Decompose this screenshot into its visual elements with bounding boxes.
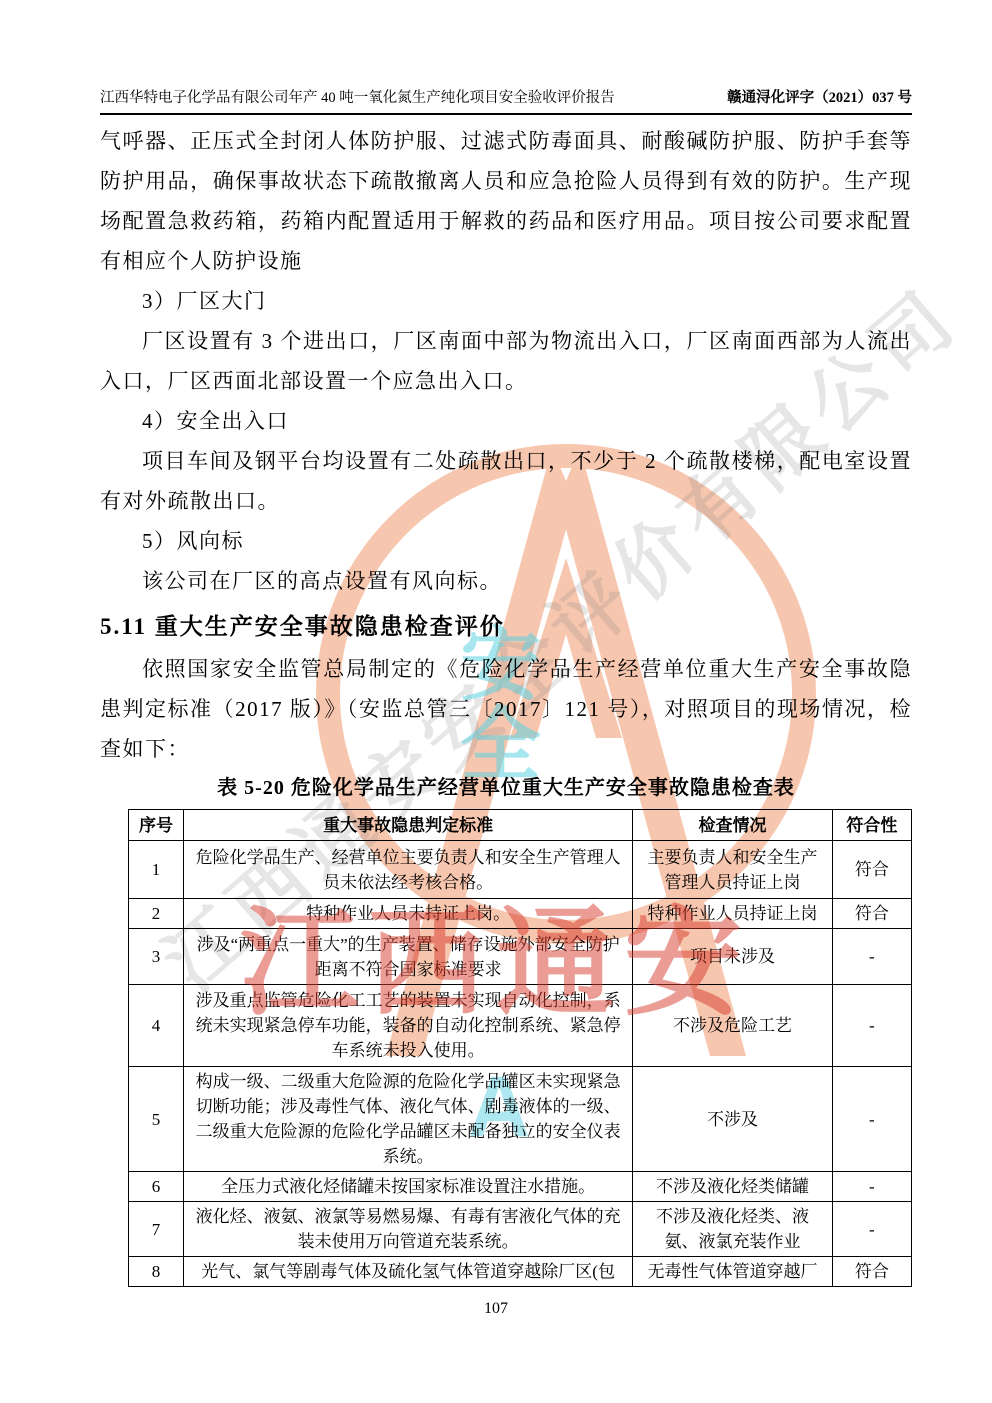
paragraph-continuation: 气呼器、正压式全封闭人体防护服、过滤式防毒面具、耐酸碱防护服、防护手套等防护用品… [100, 121, 912, 281]
cell-seq: 8 [129, 1257, 184, 1287]
cell-compliance: - [832, 1202, 911, 1257]
col-header-check: 检查情况 [633, 810, 832, 841]
list-item-3: 3）厂区大门 [100, 281, 912, 321]
cell-check: 不涉及危险工艺 [633, 985, 832, 1067]
cell-check: 项目未涉及 [633, 929, 832, 985]
cell-check: 不涉及液化烃类储罐 [633, 1172, 832, 1202]
paragraph-safety-exits: 项目车间及钢平台均设置有二处疏散出口，不少于 2 个疏散楼梯，配电室设置有对外疏… [100, 441, 912, 521]
cell-check: 不涉及液化烃类、液氨、液氯充装作业 [633, 1202, 832, 1257]
table-row: 1 危险化学品生产、经营单位主要负责人和安全生产管理人员未依法经考核合格。 主要… [129, 841, 912, 899]
cell-seq: 2 [129, 899, 184, 929]
table-row: 5 构成一级、二级重大危险源的危险化学品罐区未实现紧急切断功能；涉及毒性气体、液… [129, 1067, 912, 1172]
cell-compliance: - [832, 929, 911, 985]
cell-check: 特种作业人员持证上岗 [633, 899, 832, 929]
list-item-5: 5）风向标 [100, 521, 912, 561]
table-row: 7 液化烃、液氨、液氯等易燃易爆、有毒有害液化气体的充装未使用万向管道充装系统。… [129, 1202, 912, 1257]
page-body: 气呼器、正压式全封闭人体防护服、过滤式防毒面具、耐酸碱防护服、防护手套等防护用品… [100, 121, 912, 1287]
table-header-row: 序号 重大事故隐患判定标准 检查情况 符合性 [129, 810, 912, 841]
cell-check: 无毒性气体管道穿越厂 [633, 1257, 832, 1287]
table-row: 4 涉及重点监管危险化工工艺的装置未实现自动化控制，系统未实现紧急停车功能，装备… [129, 985, 912, 1067]
page-number: 107 [0, 1300, 992, 1318]
paragraph-wind-vane: 该公司在厂区的高点设置有风向标。 [100, 561, 912, 601]
cell-check: 不涉及 [633, 1067, 832, 1172]
col-header-seq: 序号 [129, 810, 184, 841]
cell-check: 主要负责人和安全生产管理人员持证上岗 [633, 841, 832, 899]
hazard-check-table: 序号 重大事故隐患判定标准 检查情况 符合性 1 危险化学品生产、经营单位主要负… [128, 809, 912, 1287]
list-item-4: 4）安全出入口 [100, 401, 912, 441]
paragraph-factory-gates: 厂区设置有 3 个进出口，厂区南面中部为物流出入口，厂区南面西部为人流出入口，厂… [100, 321, 912, 401]
table-row: 3 涉及“两重点一重大”的生产装置、储存设施外部安全防护距离不符合国家标准要求 … [129, 929, 912, 985]
cell-compliance: 符合 [832, 899, 911, 929]
col-header-compliance: 符合性 [832, 810, 911, 841]
cell-seq: 3 [129, 929, 184, 985]
col-header-criterion: 重大事故隐患判定标准 [183, 810, 632, 841]
cell-compliance: 符合 [832, 841, 911, 899]
header-rule [100, 113, 912, 115]
document-page: 江西通安安全评价有限公司 安全 A 江西通安 江西华特电子化学品有限公司年产 4… [0, 0, 992, 1403]
section-heading-5-11: 5.11 重大生产安全事故隐患检查评价 [100, 607, 912, 647]
cell-compliance: - [832, 985, 911, 1067]
table-caption: 表 5-20 危险化学品生产经营单位重大生产安全事故隐患检查表 [100, 773, 912, 803]
cell-seq: 1 [129, 841, 184, 899]
cell-seq: 5 [129, 1067, 184, 1172]
cell-criterion: 涉及“两重点一重大”的生产装置、储存设施外部安全防护距离不符合国家标准要求 [183, 929, 632, 985]
cell-criterion: 特种作业人员未持证上岗。 [183, 899, 632, 929]
cell-criterion: 液化烃、液氨、液氯等易燃易爆、有毒有害液化气体的充装未使用万向管道充装系统。 [183, 1202, 632, 1257]
cell-seq: 6 [129, 1172, 184, 1202]
table-row: 2 特种作业人员未持证上岗。 特种作业人员持证上岗 符合 [129, 899, 912, 929]
cell-seq: 4 [129, 985, 184, 1067]
cell-seq: 7 [129, 1202, 184, 1257]
cell-criterion: 涉及重点监管危险化工工艺的装置未实现自动化控制，系统未实现紧急停车功能，装备的自… [183, 985, 632, 1067]
header-report-title: 江西华特电子化学品有限公司年产 40 吨一氧化氮生产纯化项目安全验收评价报告 [100, 86, 615, 107]
cell-compliance: - [832, 1067, 911, 1172]
table-row: 6 全压力式液化烃储罐未按国家标准设置注水措施。 不涉及液化烃类储罐 - [129, 1172, 912, 1202]
page-header: 江西华特电子化学品有限公司年产 40 吨一氧化氮生产纯化项目安全验收评价报告 赣… [100, 86, 912, 107]
header-doc-number: 赣通浔化评字（2021）037 号 [727, 86, 912, 107]
cell-criterion: 光气、氯气等剧毒气体及硫化氢气体管道穿越除厂区(包 [183, 1257, 632, 1287]
cell-criterion: 构成一级、二级重大危险源的危险化学品罐区未实现紧急切断功能；涉及毒性气体、液化气… [183, 1067, 632, 1172]
cell-criterion: 危险化学品生产、经营单位主要负责人和安全生产管理人员未依法经考核合格。 [183, 841, 632, 899]
cell-criterion: 全压力式液化烃储罐未按国家标准设置注水措施。 [183, 1172, 632, 1202]
cell-compliance: 符合 [832, 1257, 911, 1287]
table-row: 8 光气、氯气等剧毒气体及硫化氢气体管道穿越除厂区(包 无毒性气体管道穿越厂 符… [129, 1257, 912, 1287]
paragraph-inspection-intro: 依照国家安全监管总局制定的《危险化学品生产经营单位重大生产安全事故隐患判定标准（… [100, 649, 912, 769]
cell-compliance: - [832, 1172, 911, 1202]
